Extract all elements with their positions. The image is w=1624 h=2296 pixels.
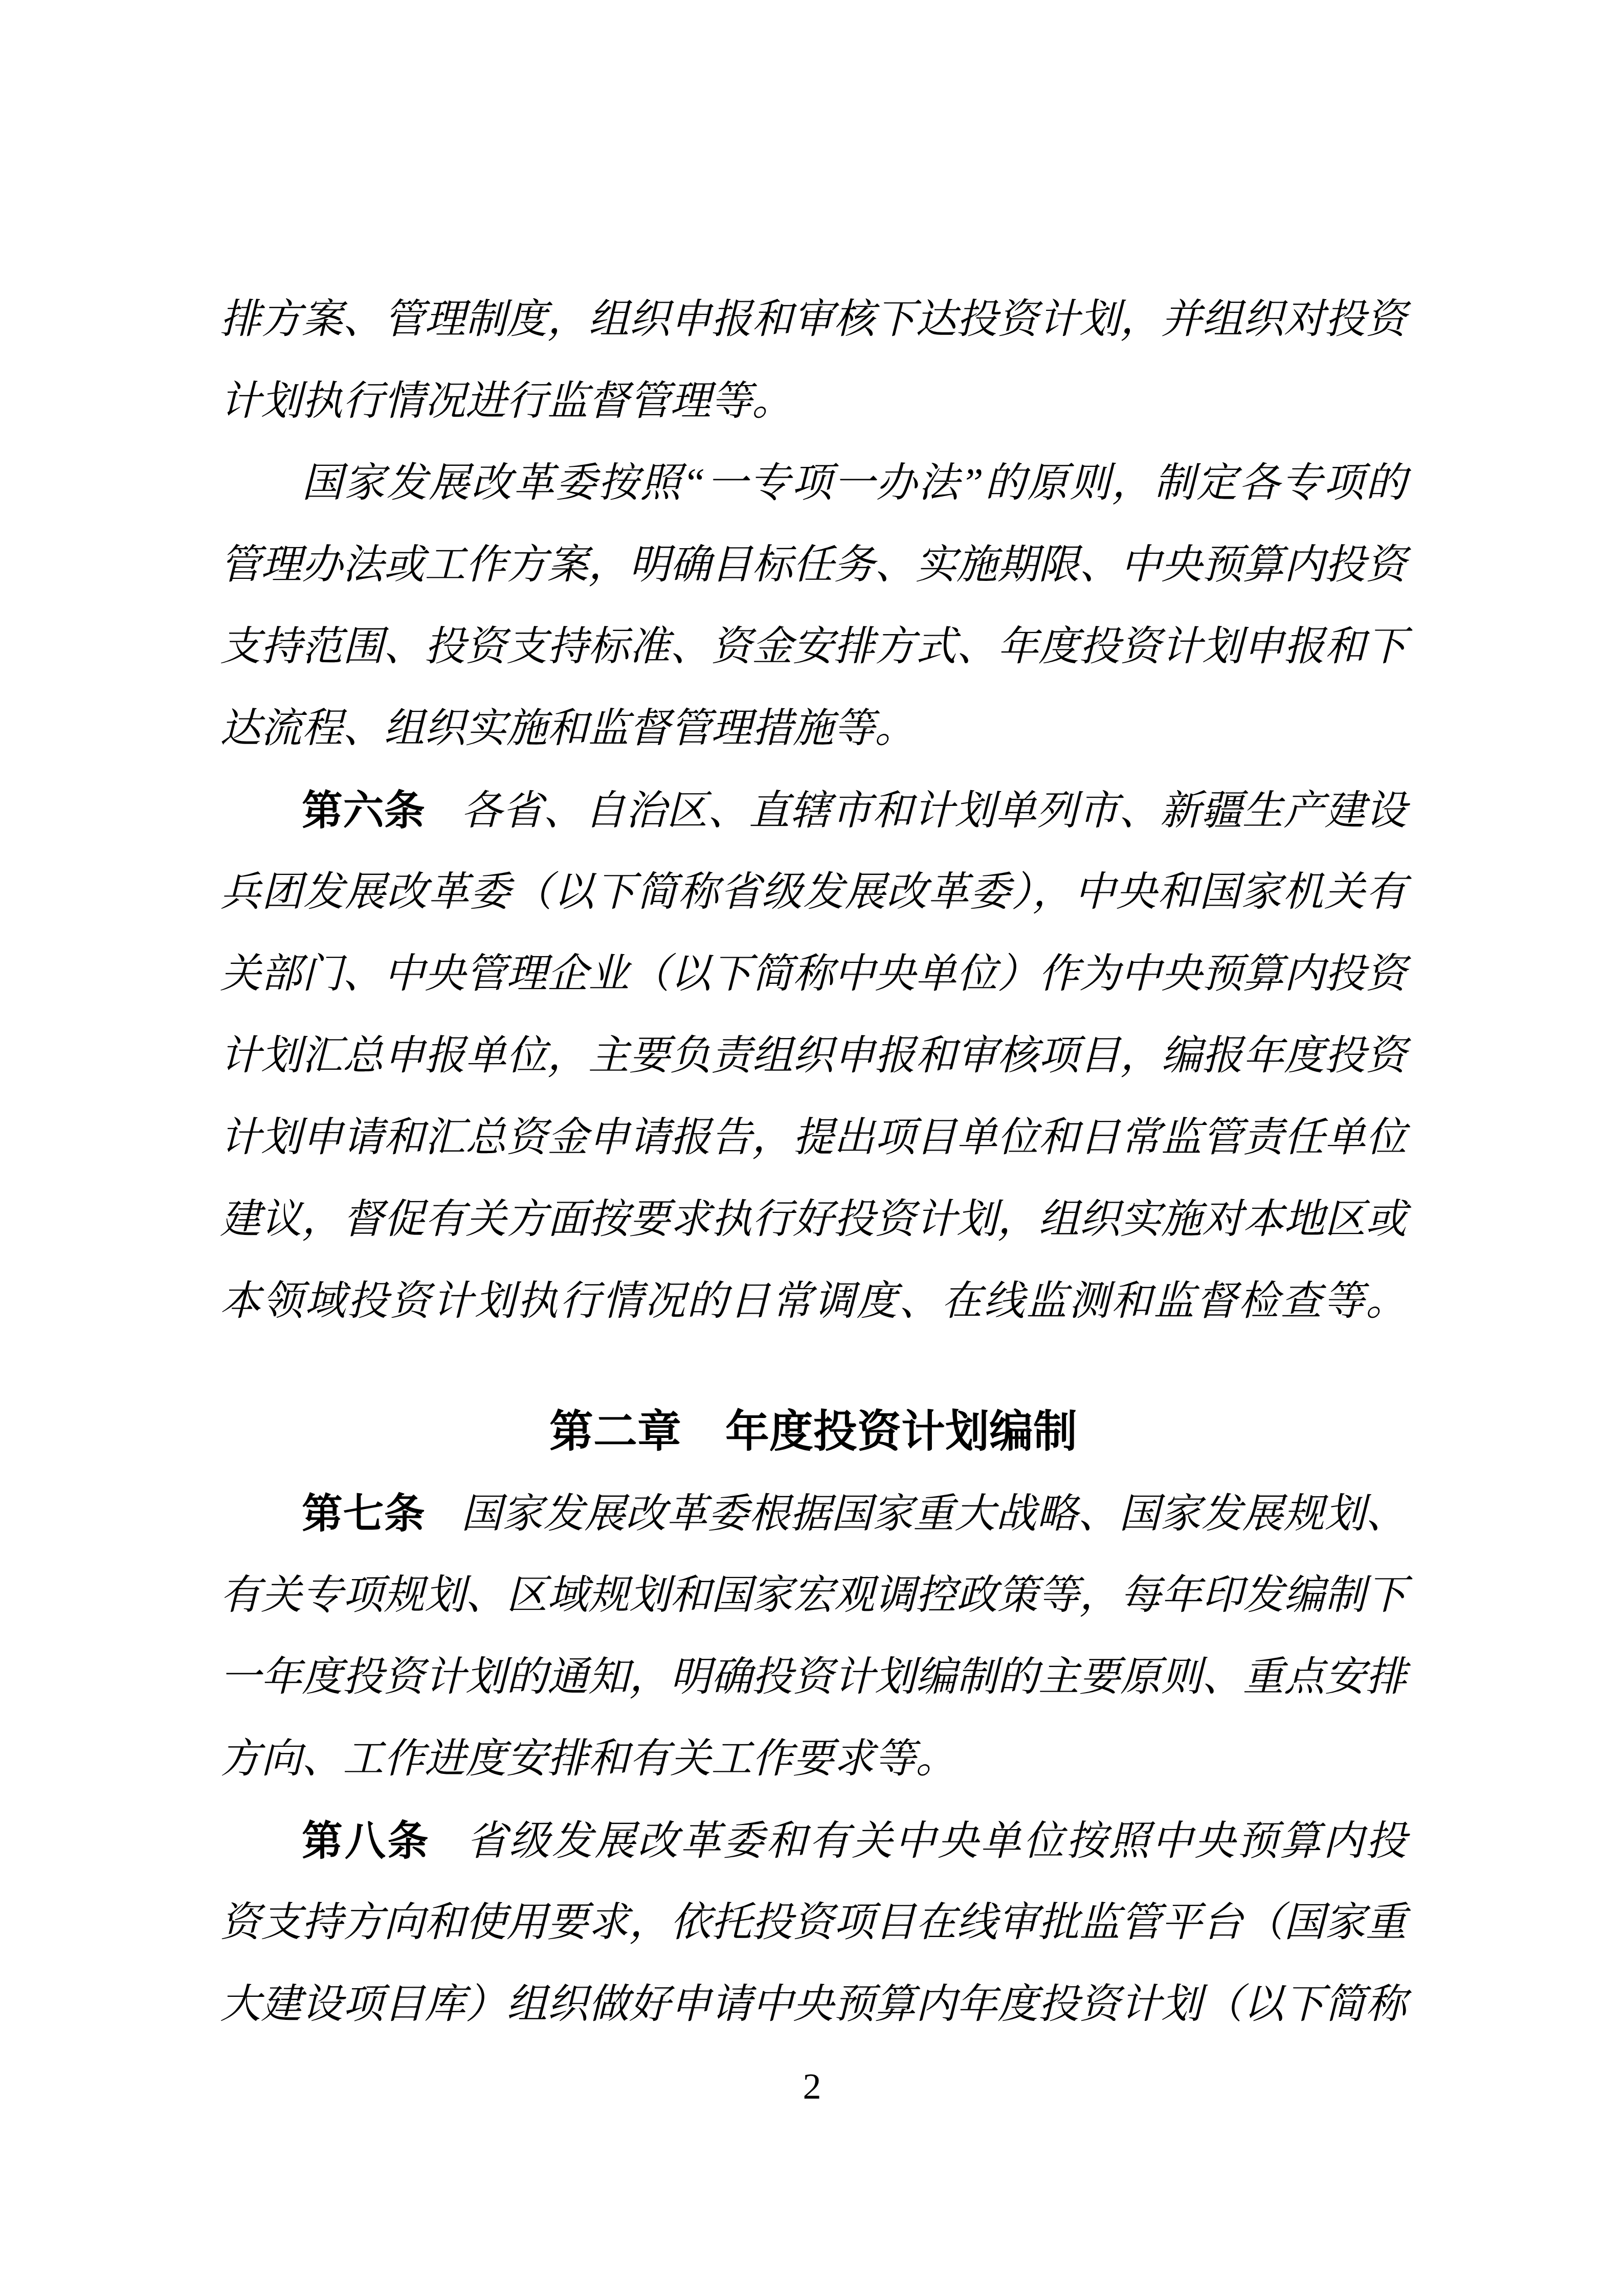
text-line-content: 各省、自治区、直辖市和计划单列市、新疆生产建设 bbox=[461, 789, 1407, 834]
document-page: 排方案、管理制度，组织申报和审核下达投资计划，并组织对投资 计划执行情况进行监督… bbox=[0, 0, 1624, 2296]
text-line: 第六条各省、自治区、直辖市和计划单列市、新疆生产建设 bbox=[220, 770, 1407, 851]
text-line: 本领域投资计划执行情况的日常调度、在线监测和监督检查等。 bbox=[220, 1260, 1407, 1342]
text-line: 建议，督促有关方面按要求执行好投资计划，组织实施对本地区或 bbox=[220, 1179, 1407, 1260]
text-line: 计划汇总申报单位，主要负责组织申报和审核项目，编报年度投资 bbox=[220, 1015, 1407, 1097]
text-line: 管理办法或工作方案，明确目标任务、实施期限、中央预算内投资 bbox=[220, 524, 1407, 606]
text-line: 第七条国家发展改革委根据国家重大战略、国家发展规划、 bbox=[220, 1473, 1407, 1555]
text-line: 计划申请和汇总资金申请报告，提出项目单位和日常监管责任单位 bbox=[220, 1097, 1407, 1179]
text-line: 方向、工作进度安排和有关工作要求等。 bbox=[220, 1718, 1407, 1800]
text-block-top: 排方案、管理制度，组织申报和审核下达投资计划，并组织对投资 计划执行情况进行监督… bbox=[220, 279, 1407, 1342]
text-line: 关部门、中央管理企业（以下简称中央单位）作为中央预算内投资 bbox=[220, 933, 1407, 1015]
text-line: 资支持方向和使用要求，依托投资项目在线审批监管平台（国家重 bbox=[220, 1882, 1407, 1964]
text-line: 达流程、组织实施和监督管理措施等。 bbox=[220, 688, 1407, 770]
text-line: 计划执行情况进行监督管理等。 bbox=[220, 361, 1407, 442]
page-number: 2 bbox=[0, 2061, 1624, 2112]
article-seven-label: 第七条 bbox=[302, 1491, 425, 1536]
chapter-heading: 第二章 年度投资计划编制 bbox=[220, 1391, 1407, 1473]
text-line: 国家发展改革委按照“一专项一办法”的原则，制定各专项的 bbox=[220, 442, 1407, 524]
text-line-content: 国家发展改革委根据国家重大战略、国家发展规划、 bbox=[461, 1492, 1407, 1537]
text-line: 大建设项目库）组织做好申请中央预算内年度投资计划（以下简称 bbox=[220, 1964, 1407, 2045]
text-line: 一年度投资计划的通知，明确投资计划编制的主要原则、重点安排 bbox=[220, 1636, 1407, 1718]
article-eight-label: 第八条 bbox=[302, 1818, 430, 1863]
article-six-label: 第六条 bbox=[302, 787, 425, 833]
text-line: 排方案、管理制度，组织申报和审核下达投资计划，并组织对投资 bbox=[220, 279, 1407, 361]
text-block-bottom: 第七条国家发展改革委根据国家重大战略、国家发展规划、 有关专项规划、区域规划和国… bbox=[220, 1473, 1407, 2045]
text-line: 兵团发展改革委（以下简称省级发展改革委），中央和国家机关有 bbox=[220, 851, 1407, 933]
text-line-content: 省级发展改革委和有关中央单位按照中央预算内投 bbox=[466, 1819, 1407, 1864]
text-line: 有关专项规划、区域规划和国家宏观调控政策等，每年印发编制下 bbox=[220, 1555, 1407, 1636]
text-line: 支持范围、投资支持标准、资金安排方式、年度投资计划申报和下 bbox=[220, 606, 1407, 688]
text-line: 第八条省级发展改革委和有关中央单位按照中央预算内投 bbox=[220, 1800, 1407, 1882]
